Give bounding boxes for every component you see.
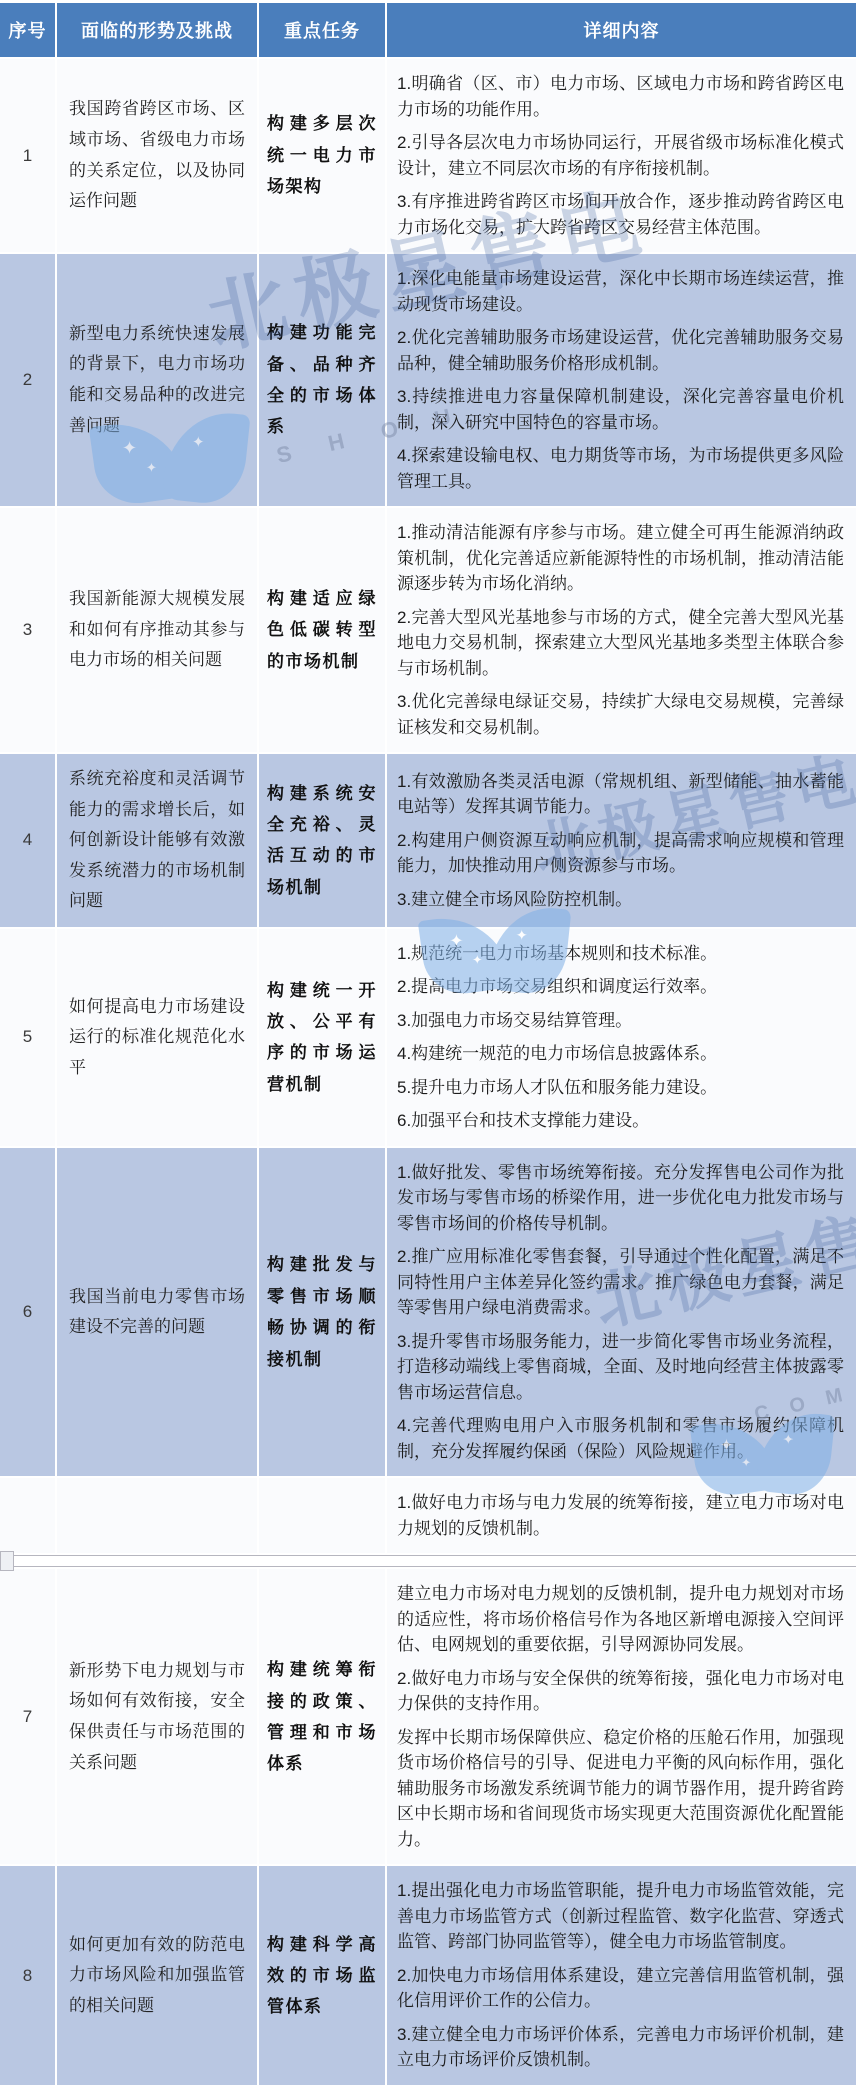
details-cell: 1.明确省（区、市）电力市场、区域电力市场和跨省跨区电力市场的功能作用。2.引导… <box>387 59 856 252</box>
details-cell: 1.规范统一电力市场基本规则和技术标准。2.提高电力市场交易组织和调度运行效率。… <box>387 929 856 1146</box>
detail-item: 2.加快电力市场信用体系建设，建立完善信用监管机制，强化信用评价工作的公信力。 <box>397 1963 844 2014</box>
detail-item: 2.构建用户侧资源互动响应机制，提高需求响应规模和管理能力，加快推动用户侧资源参… <box>397 828 844 879</box>
task-cell: 构建统筹衔接的政策、管理和市场体系 <box>259 1569 385 1864</box>
task-cell: 构建多层次统一电力市场架构 <box>259 59 385 252</box>
challenge-cell: 如何提高电力市场建设运行的标准化规范化水平 <box>57 929 257 1146</box>
row-number: 3 <box>0 508 55 752</box>
row-number: 6 <box>0 1148 55 1477</box>
task-cell: 构建系统安全充裕、灵活互动的市场机制 <box>259 754 385 927</box>
detail-item: 发挥中长期市场保障供应、稳定价格的压舱石作用，加强现货市场价格信号的引导、促进电… <box>397 1725 844 1853</box>
detail-item: 建立电力市场对电力规划的反馈机制，提升电力规划对市场的适应性，将市场价格信号作为… <box>397 1581 844 1658</box>
row-number: 1 <box>0 59 55 252</box>
challenge-cell: 新形势下电力规划与市场如何有效衔接，安全保供责任与市场范围的关系问题 <box>57 1569 257 1864</box>
challenge-cell: 新型电力系统快速发展的背景下，电力市场功能和交易品种的改进完善问题 <box>57 254 257 506</box>
detail-item: 1.做好批发、零售市场统筹衔接。充分发挥售电公司作为批发市场与零售市场的桥梁作用… <box>397 1160 844 1237</box>
task-cell <box>259 1478 385 1553</box>
detail-item: 3.加强电力市场交易结算管理。 <box>397 1008 844 1034</box>
row-number <box>0 1478 55 1553</box>
challenge-cell: 如何更加有效的防范电力市场风险和加强监管的相关问题 <box>57 1866 257 2085</box>
details-cell: 1.做好电力市场与电力发展的统筹衔接，建立电力市场对电力规划的反馈机制。 <box>387 1478 856 1553</box>
detail-item: 2.推广应用标准化零售套餐，引导通过个性化配置，满足不同特性用户主体差异化签约需… <box>397 1244 844 1321</box>
task-cell: 构建统一开放、公平有序的市场运营机制 <box>259 929 385 1146</box>
details-cell: 1.有效激励各类灵活电源（常规机组、新型储能、抽水蓄能电站等）发挥其调节能力。2… <box>387 754 856 927</box>
power-market-table: 序号面临的形势及挑战重点任务详细内容1我国跨省跨区市场、区域市场、省级电力市场的… <box>0 0 856 2085</box>
challenge-cell <box>57 1478 257 1553</box>
detail-item: 2.引导各层次电力市场协同运行，开展省级市场标准化模式设计，建立不同层次市场的有… <box>397 130 844 181</box>
detail-item: 6.加强平台和技术支撑能力建设。 <box>397 1108 844 1134</box>
details-cell: 建立电力市场对电力规划的反馈机制，提升电力规划对市场的适应性，将市场价格信号作为… <box>387 1569 856 1864</box>
detail-item: 1.有效激励各类灵活电源（常规机组、新型储能、抽水蓄能电站等）发挥其调节能力。 <box>397 769 844 820</box>
seam-tab <box>0 1551 14 1571</box>
detail-item: 2.优化完善辅助服务市场建设运营，优化完善辅助服务交易品种，健全辅助服务价格形成… <box>397 325 844 376</box>
column-header: 序号 <box>0 3 55 57</box>
detail-item: 1.规范统一电力市场基本规则和技术标准。 <box>397 941 844 967</box>
detail-item: 1.深化电能量市场建设运营，深化中长期市场连续运营，推动现货市场建设。 <box>397 266 844 317</box>
column-header: 详细内容 <box>387 3 856 57</box>
challenge-cell: 我国新能源大规模发展和如何有序推动其参与电力市场的相关问题 <box>57 508 257 752</box>
detail-item: 3.持续推进电力容量保障机制建设，深化完善容量电价机制，深入研究中国特色的容量市… <box>397 384 844 435</box>
detail-item: 3.有序推进跨省跨区市场间开放合作，逐步推动跨省跨区电力市场化交易，扩大跨省跨区… <box>397 189 844 240</box>
details-cell: 1.提出强化电力市场监管职能，提升电力市场监管效能，完善电力市场监管方式（创新过… <box>387 1866 856 2085</box>
task-cell: 构建科学高效的市场监管体系 <box>259 1866 385 2085</box>
detail-item: 1.明确省（区、市）电力市场、区域电力市场和跨省跨区电力市场的功能作用。 <box>397 71 844 122</box>
details-cell: 1.推动清洁能源有序参与市场。建立健全可再生能源消纳政策机制，优化完善适应新能源… <box>387 508 856 752</box>
row-number: 7 <box>0 1569 55 1864</box>
screenshot-seam <box>0 1555 856 1567</box>
challenge-cell: 我国跨省跨区市场、区域市场、省级电力市场的关系定位，以及协同运作问题 <box>57 59 257 252</box>
detail-item: 5.提升电力市场人才队伍和服务能力建设。 <box>397 1075 844 1101</box>
detail-item: 2.提高电力市场交易组织和调度运行效率。 <box>397 974 844 1000</box>
detail-item: 4.完善代理购电用户入市服务机制和零售市场履约保障机制，充分发挥履约保函（保险）… <box>397 1413 844 1464</box>
details-cell: 1.做好批发、零售市场统筹衔接。充分发挥售电公司作为批发市场与零售市场的桥梁作用… <box>387 1148 856 1477</box>
column-header: 面临的形势及挑战 <box>57 3 257 57</box>
challenge-cell: 系统充裕度和灵活调节能力的需求增长后，如何创新设计能够有效激发系统潜力的市场机制… <box>57 754 257 927</box>
detail-item: 3.建立健全电力市场评价体系，完善电力市场评价机制，建立电力市场评价反馈机制。 <box>397 2022 844 2073</box>
task-cell: 构建功能完备、品种齐全的市场体系 <box>259 254 385 506</box>
detail-item: 3.优化完善绿电绿证交易，持续扩大绿电交易规模，完善绿证核发和交易机制。 <box>397 689 844 740</box>
detail-item: 4.探索建设输电权、电力期货等市场，为市场提供更多风险管理工具。 <box>397 443 844 494</box>
detail-item: 1.提出强化电力市场监管职能，提升电力市场监管效能，完善电力市场监管方式（创新过… <box>397 1878 844 1955</box>
task-cell: 构建适应绿色低碳转型的市场机制 <box>259 508 385 752</box>
column-header: 重点任务 <box>259 3 385 57</box>
detail-item: 1.做好电力市场与电力发展的统筹衔接，建立电力市场对电力规划的反馈机制。 <box>397 1490 844 1541</box>
detail-item: 2.做好电力市场与安全保供的统筹衔接，强化电力市场对电力保供的支持作用。 <box>397 1666 844 1717</box>
row-number: 4 <box>0 754 55 927</box>
detail-item: 1.推动清洁能源有序参与市场。建立健全可再生能源消纳政策机制，优化完善适应新能源… <box>397 520 844 597</box>
detail-item: 3.提升零售市场服务能力，进一步简化零售市场业务流程，打造移动端线上零售商城，全… <box>397 1329 844 1406</box>
article-table-screenshot: 序号面临的形势及挑战重点任务详细内容1我国跨省跨区市场、区域市场、省级电力市场的… <box>0 0 856 2085</box>
row-number: 8 <box>0 1866 55 2085</box>
task-cell: 构建批发与零售市场顺畅协调的衔接机制 <box>259 1148 385 1477</box>
row-number: 2 <box>0 254 55 506</box>
detail-item: 3.建立健全市场风险防控机制。 <box>397 887 844 913</box>
details-cell: 1.深化电能量市场建设运营，深化中长期市场连续运营，推动现货市场建设。2.优化完… <box>387 254 856 506</box>
detail-item: 4.构建统一规范的电力市场信息披露体系。 <box>397 1041 844 1067</box>
detail-item: 2.完善大型风光基地参与市场的方式，健全完善大型风光基地电力交易机制，探索建立大… <box>397 605 844 682</box>
row-number: 5 <box>0 929 55 1146</box>
challenge-cell: 我国当前电力零售市场建设不完善的问题 <box>57 1148 257 1477</box>
